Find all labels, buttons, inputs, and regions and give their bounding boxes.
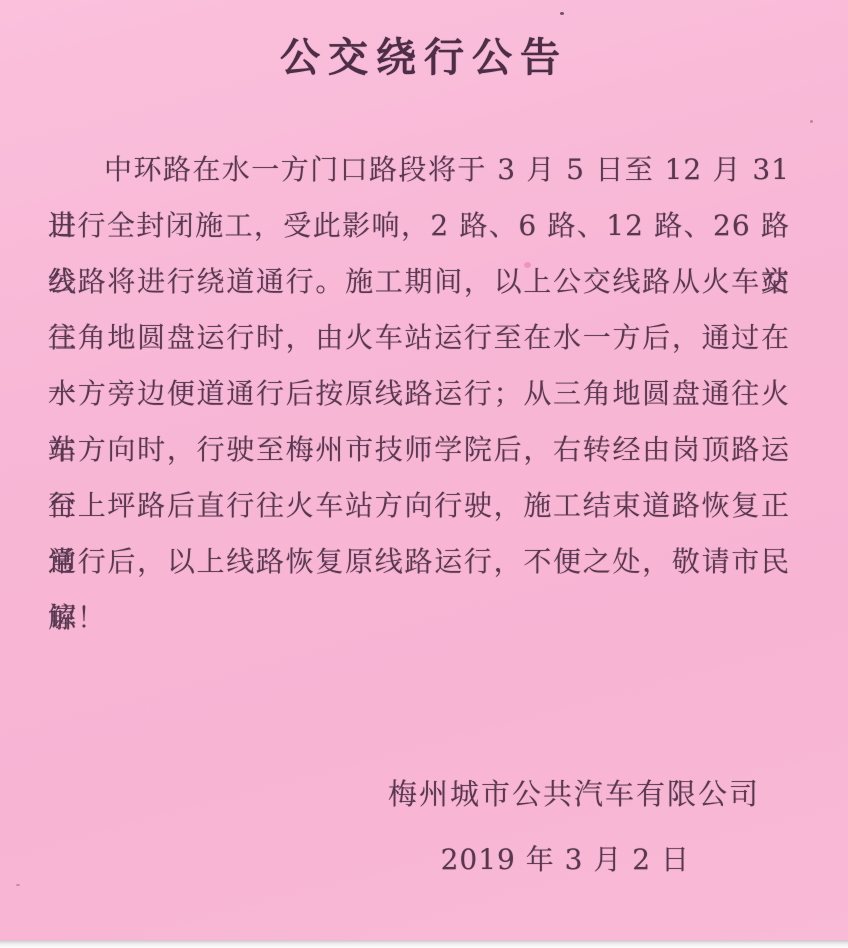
- signature-date: 2019 年 3 月 2 日: [441, 838, 690, 878]
- body-line-8: 通行后，以上线路恢复原线路运行，不便之处，敬请市民谅: [48, 534, 790, 590]
- scan-smudge: [524, 262, 531, 268]
- scan-speck: [16, 884, 20, 886]
- notice-body: 中环路在水一方门口路段将于 3 月 5 日至 12 月 31 日 进行全封闭施工…: [48, 142, 790, 646]
- body-line-3: 线路将进行绕道通行。施工期间，以上公交线路从火车站往: [48, 254, 790, 310]
- scan-speck: [560, 12, 564, 15]
- body-line-6: 站方向时，行驶至梅州市技师学院后，右转经由岗顶路运行: [48, 422, 790, 478]
- notice-title: 公交绕行公告: [0, 26, 848, 83]
- body-line-5: 一方旁边便道通行后按原线路运行；从三角地圆盘通往火车: [48, 366, 790, 422]
- body-line-7: 至上坪路后直行往火车站方向行驶，施工结束道路恢复正常: [48, 478, 790, 534]
- signature-company: 梅州城市公共汽车有限公司: [388, 772, 760, 813]
- body-line-1: 中环路在水一方门口路段将于 3 月 5 日至 12 月 31 日: [48, 142, 790, 198]
- body-line-9: 解！: [48, 590, 790, 646]
- body-line-4: 三角地圆盘运行时，由火车站运行至在水一方后，通过在水: [48, 310, 790, 366]
- scanned-notice-page: 公交绕行公告 中环路在水一方门口路段将于 3 月 5 日至 12 月 31 日 …: [0, 0, 848, 948]
- scan-bottom-edge: [0, 940, 848, 948]
- scan-speck: [810, 120, 813, 123]
- body-line-2: 进行全封闭施工，受此影响，2 路、6 路、12 路、26 路公交: [48, 198, 790, 254]
